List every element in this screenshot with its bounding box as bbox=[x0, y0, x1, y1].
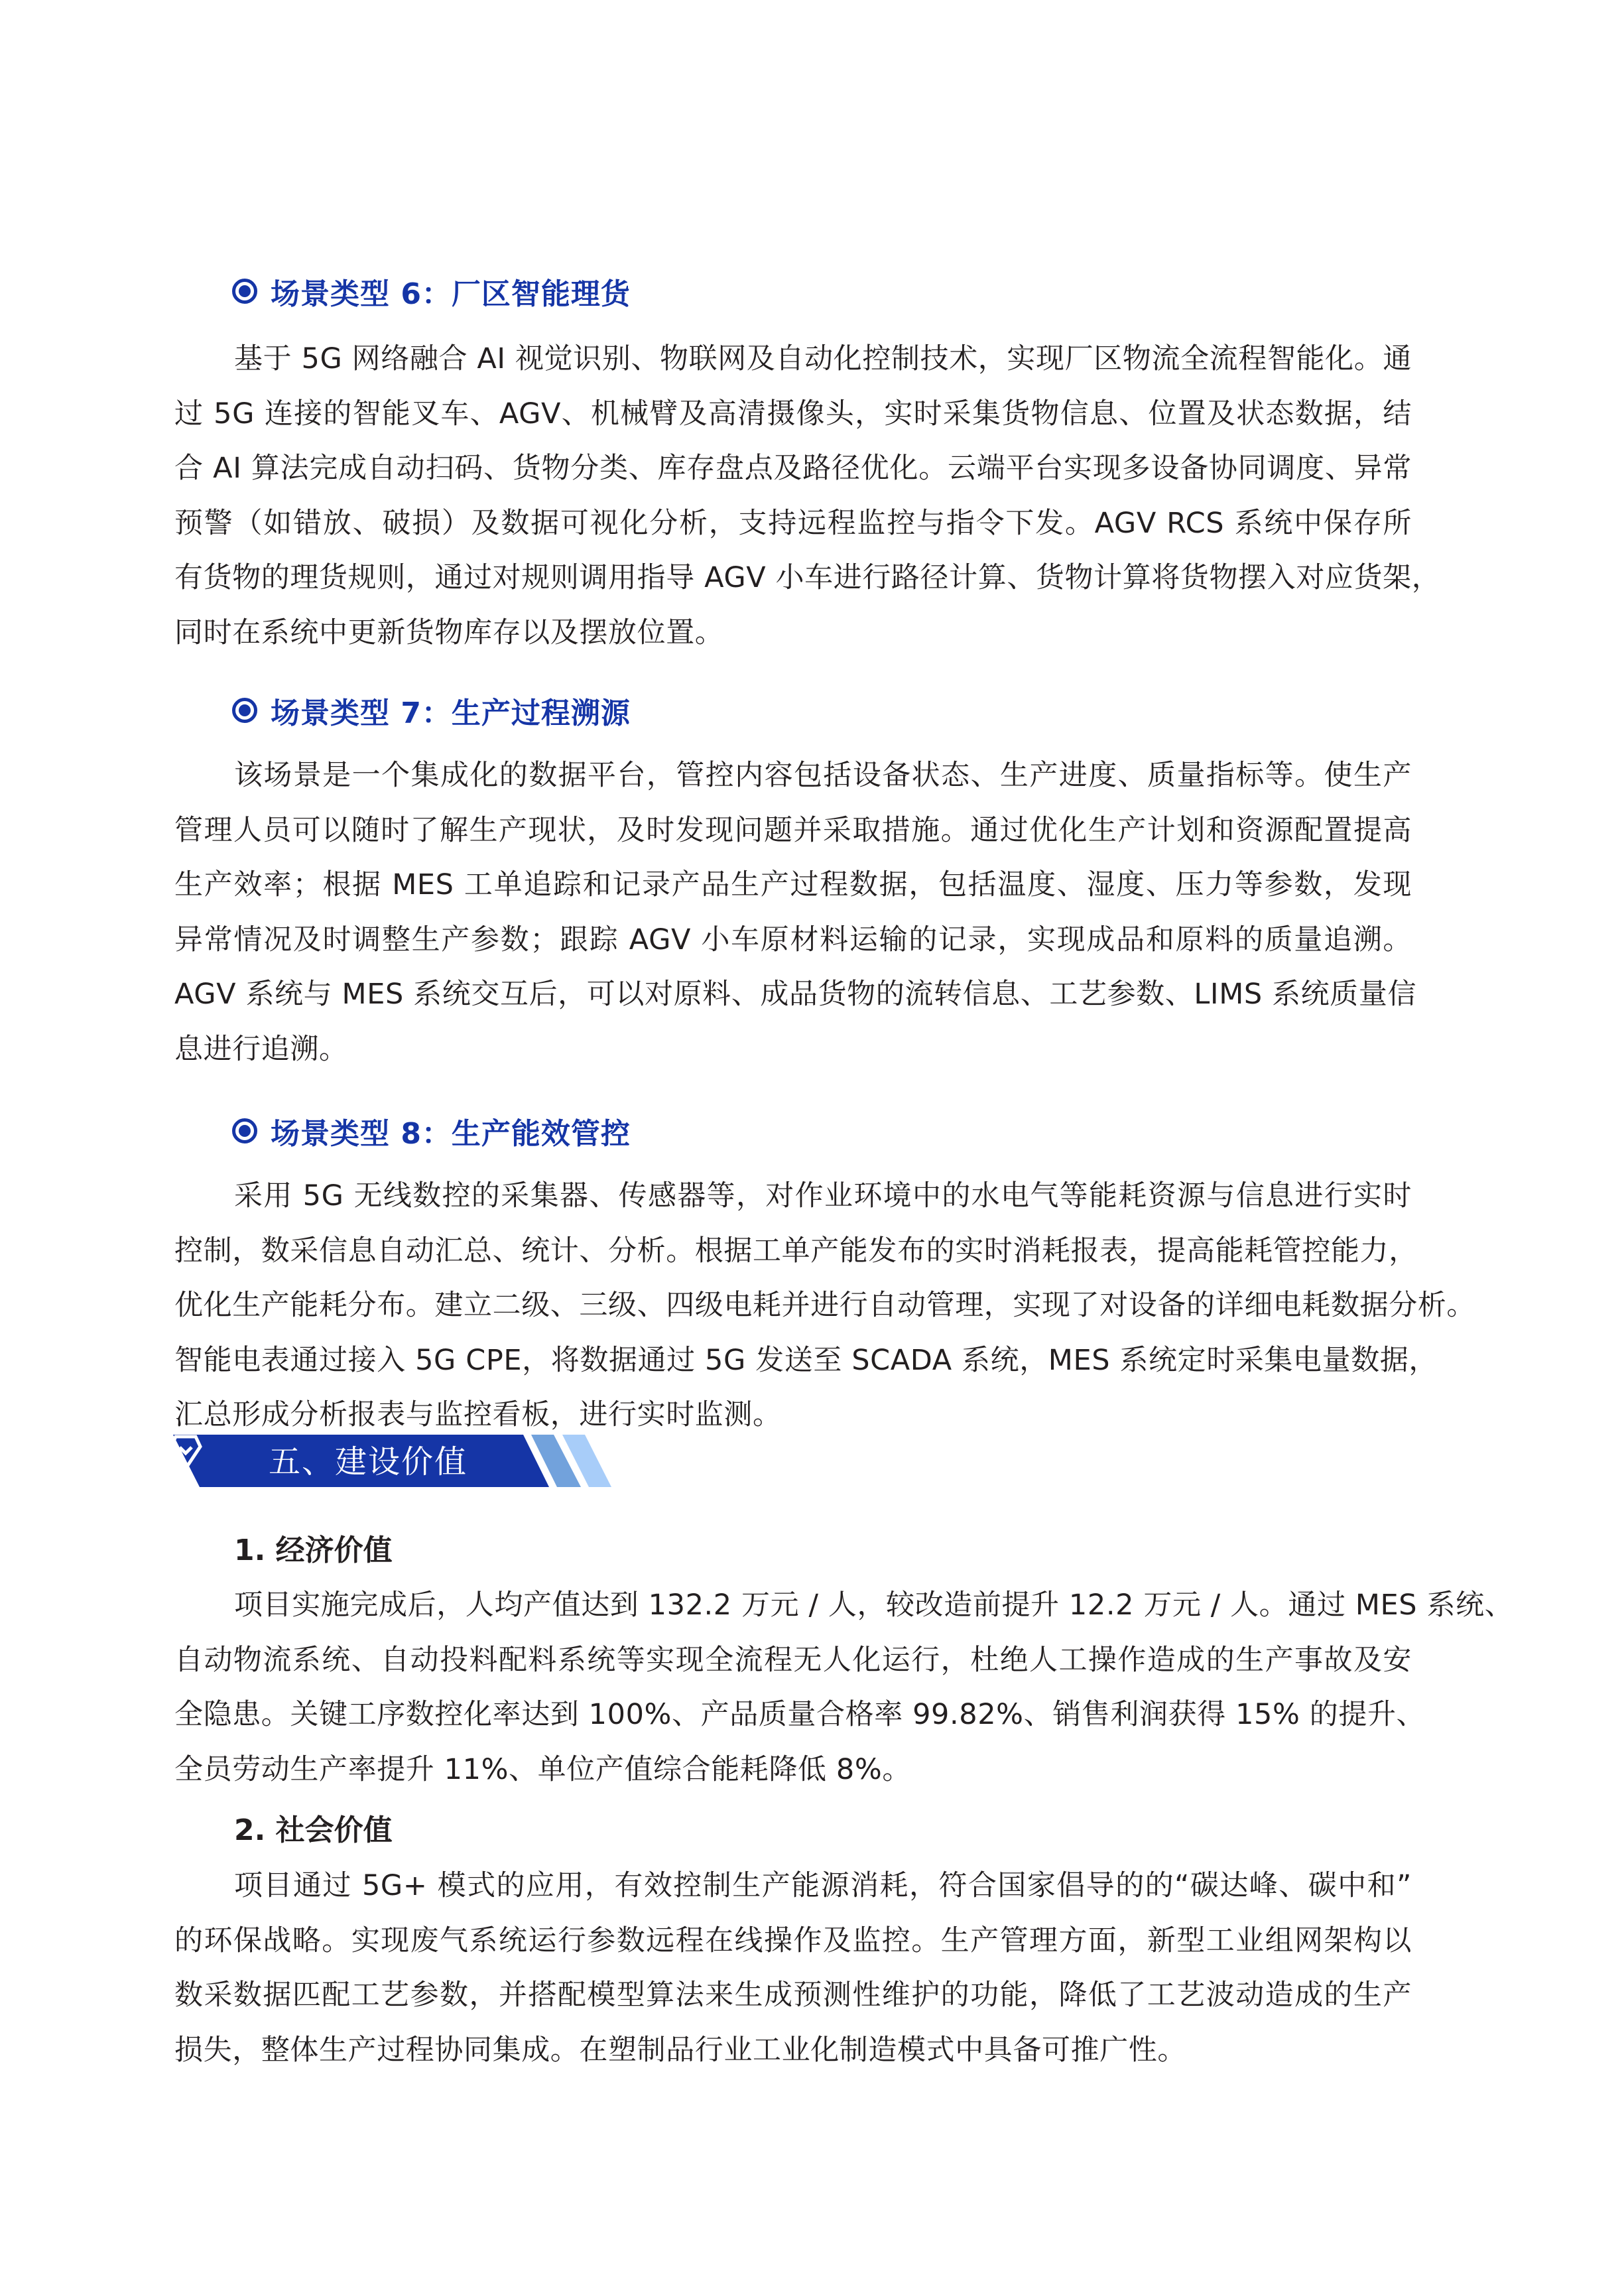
scene-8-heading: 场景类型 8：生产能效管控 bbox=[232, 1111, 631, 1151]
section-5-title: 五、建设价值 bbox=[269, 1439, 468, 1485]
paragraph-line: 管理人员可以随时了解生产现状，及时发现问题并采取措施。通过优化生产计划和资源配置… bbox=[174, 803, 1412, 858]
scene-7-paragraph: 该场景是一个集成化的数据平台，管控内容包括设备状态、生产进度、质量指标等。使生产… bbox=[174, 748, 1412, 1076]
paragraph-line: 全员劳动生产率提升 11%、单位产值综合能耗降低 8%。 bbox=[174, 1742, 1412, 1797]
scene-7-heading: 场景类型 7：生产过程溯源 bbox=[232, 690, 631, 730]
scene-6-title: 场景类型 6：厂区智能理货 bbox=[271, 270, 631, 312]
paragraph-line: 该场景是一个集成化的数据平台，管控内容包括设备状态、生产进度、质量指标等。使生产 bbox=[174, 748, 1412, 803]
paragraph-line: 预警（如错放、破损）及数据可视化分析，支持远程监控与指令下发。AGV RCS 系… bbox=[174, 496, 1412, 551]
social-value-paragraph: 项目通过 5G+ 模式的应用，有效控制生产能源消耗，符合国家倡导的的“碳达峰、碳… bbox=[174, 1858, 1412, 2077]
paragraph-line: 项目实施完成后，人均产值达到 132.2 万元 / 人，较改造前提升 12.2 … bbox=[174, 1578, 1412, 1633]
scene-7-title: 场景类型 7：生产过程溯源 bbox=[271, 689, 631, 732]
economic-value-paragraph: 项目实施完成后，人均产值达到 132.2 万元 / 人，较改造前提升 12.2 … bbox=[174, 1578, 1412, 1797]
paragraph-line: 息进行追溯。 bbox=[174, 1022, 1412, 1077]
paragraph-line: 优化生产能耗分布。建立二级、三级、四级电耗并进行自动管理，实现了对设备的详细电耗… bbox=[174, 1278, 1412, 1333]
paragraph-line: 自动物流系统、自动投料配料系统等实现全流程无人化运行，杜绝人工操作造成的生产事故… bbox=[174, 1633, 1412, 1688]
section-5-banner: 五、建设价值 bbox=[169, 1435, 620, 1488]
scene-8-paragraph: 采用 5G 无线数控的采集器、传感器等，对作业环境中的水电气等能耗资源与信息进行… bbox=[174, 1169, 1412, 1443]
social-value-heading: 2. 社会价值 bbox=[234, 1811, 393, 1851]
paragraph-line: 生产效率；根据 MES 工单追踪和记录产品生产过程数据，包括温度、湿度、压力等参… bbox=[174, 858, 1412, 913]
scene-8-title: 场景类型 8：生产能效管控 bbox=[271, 1110, 631, 1152]
paragraph-line: 项目通过 5G+ 模式的应用，有效控制生产能源消耗，符合国家倡导的的“碳达峰、碳… bbox=[174, 1858, 1412, 1914]
scene-6-heading: 场景类型 6：厂区智能理货 bbox=[232, 271, 631, 311]
paragraph-line: 控制，数采信息自动汇总、统计、分析。根据工单产能发布的实时消耗报表，提高能耗管控… bbox=[174, 1224, 1412, 1279]
paragraph-line: 同时在系统中更新货物库存以及摆放位置。 bbox=[174, 606, 1412, 661]
paragraph-line: 合 AI 算法完成自动扫码、货物分类、库存盘点及路径优化。云端平台实现多设备协同… bbox=[174, 441, 1412, 496]
paragraph-line: 智能电表通过接入 5G CPE，将数据通过 5G 发送至 SCADA 系统，ME… bbox=[174, 1333, 1412, 1388]
paragraph-line: 采用 5G 无线数控的采集器、传感器等，对作业环境中的水电气等能耗资源与信息进行… bbox=[174, 1169, 1412, 1224]
paragraph-line: 损失，整体生产过程协同集成。在塑制品行业工业化制造模式中具备可推广性。 bbox=[174, 2023, 1412, 2078]
paragraph-line: 全隐患。关键工序数控化率达到 100%、产品质量合格率 99.82%、销售利润获… bbox=[174, 1687, 1412, 1742]
target-bullet-icon bbox=[232, 698, 257, 723]
paragraph-line: 有货物的理货规则，通过对规则调用指导 AGV 小车进行路径计算、货物计算将货物摆… bbox=[174, 551, 1412, 606]
paragraph-line: 异常情况及时调整生产参数；跟踪 AGV 小车原材料运输的记录，实现成品和原料的质… bbox=[174, 913, 1412, 968]
document-page: 场景类型 6：厂区智能理货 基于 5G 网络融合 AI 视觉识别、物联网及自动化… bbox=[0, 0, 1624, 2279]
scene-6-paragraph: 基于 5G 网络融合 AI 视觉识别、物联网及自动化控制技术，实现厂区物流全流程… bbox=[174, 332, 1412, 660]
paragraph-line: 过 5G 连接的智能叉车、AGV、机械臂及高清摄像头，实时采集货物信息、位置及状… bbox=[174, 387, 1412, 442]
paragraph-line: 的环保战略。实现废气系统运行参数远程在线操作及监控。生产管理方面，新型工业组网架… bbox=[174, 1914, 1412, 1969]
diamond-check-icon bbox=[169, 1435, 202, 1470]
target-bullet-icon bbox=[232, 1118, 257, 1143]
economic-value-heading: 1. 经济价值 bbox=[234, 1531, 393, 1571]
paragraph-line: 基于 5G 网络融合 AI 视觉识别、物联网及自动化控制技术，实现厂区物流全流程… bbox=[174, 332, 1412, 387]
paragraph-line: 数采数据匹配工艺参数，并搭配模型算法来生成预测性维护的功能，降低了工艺波动造成的… bbox=[174, 1968, 1412, 2023]
target-bullet-icon bbox=[232, 279, 257, 304]
paragraph-line: AGV 系统与 MES 系统交互后，可以对原料、成品货物的流转信息、工艺参数、L… bbox=[174, 967, 1412, 1022]
